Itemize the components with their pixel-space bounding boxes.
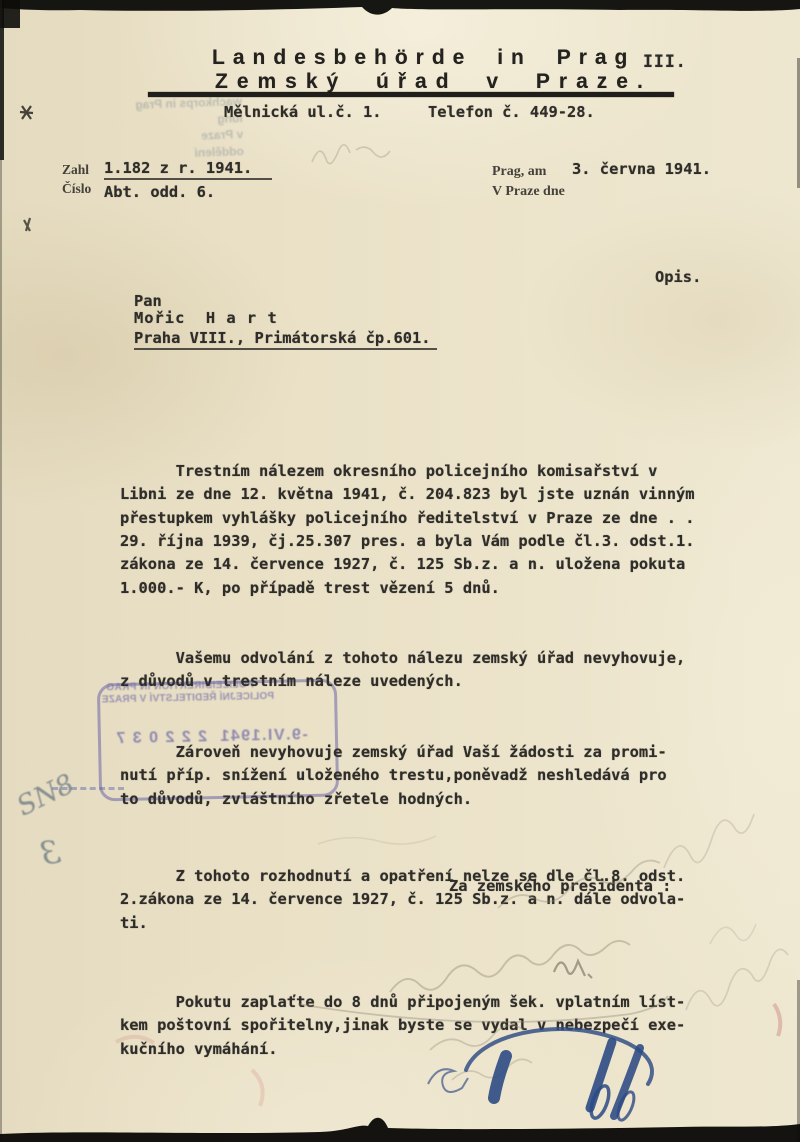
letterhead-section-number: III.	[643, 52, 687, 71]
pencil-note-top	[312, 145, 390, 164]
label-prag-am: Prag, am	[492, 164, 546, 180]
label-v-praze-dne: V Praze dne	[492, 184, 565, 200]
letterhead-german: Landesbehörde in Prag	[212, 46, 635, 70]
reference-department: Abt. odd. 6.	[104, 183, 215, 201]
margin-mark-asterisk	[20, 106, 33, 119]
paragraph-verdict: Trestním nálezem okresního policejního k…	[120, 460, 720, 600]
paragraph-payment-order: Pokutu zaplaťte do 8 dnů připojeným šek.…	[120, 991, 720, 1061]
scan-corner-topleft	[0, 0, 20, 28]
margin-mark-tick	[24, 218, 30, 231]
letter-date: 3. června 1941.	[572, 160, 711, 178]
label-cislo: Číslo	[62, 181, 91, 197]
label-zahl: Zahl	[62, 162, 89, 178]
margin-note-top: SN8	[12, 769, 79, 823]
letterhead-street: Mělnická ul.č. 1.	[224, 103, 382, 121]
recipient-name: Mořic H a r t	[134, 309, 278, 327]
letterhead-rule	[148, 92, 674, 97]
red-mark	[774, 1004, 780, 1036]
paragraph-appeal-denied: Vašemu odvolání z tohoto nálezu zemský ú…	[120, 647, 720, 694]
closing-line: Za zemského presidenta :	[449, 877, 671, 895]
scan-edge-left-thin	[0, 0, 2, 1142]
scan-edge-top	[0, 0, 800, 15]
letterhead-phone: Telefon č. 449-28.	[428, 103, 595, 121]
recipient-salutation: Pan	[134, 292, 162, 310]
scan-edge-bottom	[0, 1118, 800, 1142]
letterhead-czech: Zemský úřad v Praze.	[215, 70, 652, 94]
copy-note: Opis.	[655, 268, 701, 286]
paragraph-no-further-appeal: Z tohoto rozhodnutí a opatření nelze se …	[120, 865, 720, 935]
letter-body: Trestním nálezem okresního policejního k…	[120, 413, 720, 1108]
scanned-letter: wachkorps in Prag lung v Praze oddělení …	[0, 0, 800, 1142]
reference-number: 1.182 z r. 1941.	[104, 159, 272, 180]
recipient-address: Praha VIII., Primátorská čp.601.	[134, 329, 437, 350]
margin-note-bottom: 3	[37, 833, 62, 873]
paragraph-request-denied: Zároveň nevyhovuje zemský úřad Vaší žádo…	[120, 741, 720, 811]
bleedthrough-ghost-text: wachkorps in Prag lung v Praze oddělení	[77, 93, 244, 165]
scan-edge-left	[0, 0, 4, 160]
